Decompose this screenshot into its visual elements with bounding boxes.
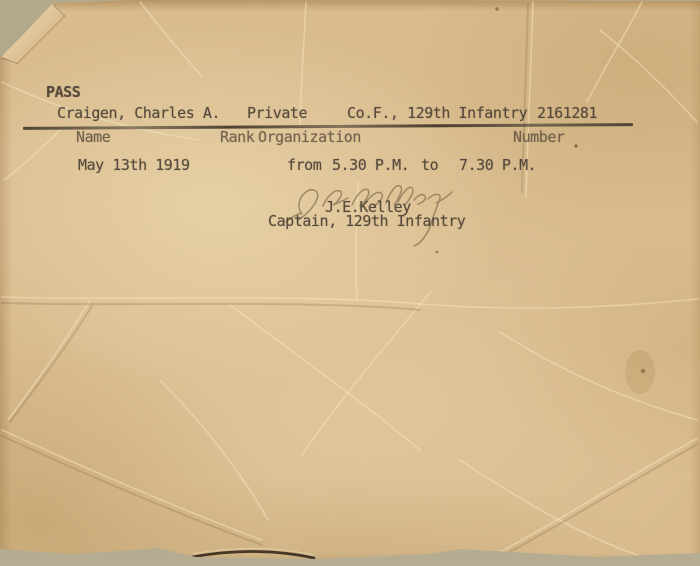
valid-to-time: 7.30 P.M. <box>459 158 536 173</box>
number-column-label: Number <box>513 130 565 145</box>
name-column-label: Name <box>76 130 110 145</box>
paper-crease-texture <box>0 0 700 566</box>
bottom-tear-shadow <box>192 551 314 558</box>
valid-from-time: 5.30 P.M. <box>332 158 409 173</box>
name-value: Craigen, Charles A. <box>57 106 220 121</box>
number-value: 2161281 <box>537 106 597 121</box>
rank-column-label: Rank <box>220 130 254 145</box>
rank-value: Private <box>247 106 307 121</box>
stain-spot <box>625 350 655 394</box>
organization-value: Co.F., 129th Infantry <box>347 106 527 121</box>
valid-to-label: to <box>421 158 438 173</box>
scanned-pass-document: PASS Craigen, Charles A. Private Co.F., … <box>0 0 700 566</box>
signature-typed-title: Captain, 129th Infantry <box>268 214 465 229</box>
valid-from-label: from <box>287 158 321 173</box>
organization-column-label: Organization <box>258 130 361 145</box>
pass-title: PASS <box>46 85 80 100</box>
date-value: May 13th 1919 <box>78 158 190 173</box>
paper-sheet: PASS Craigen, Charles A. Private Co.F., … <box>0 0 700 566</box>
